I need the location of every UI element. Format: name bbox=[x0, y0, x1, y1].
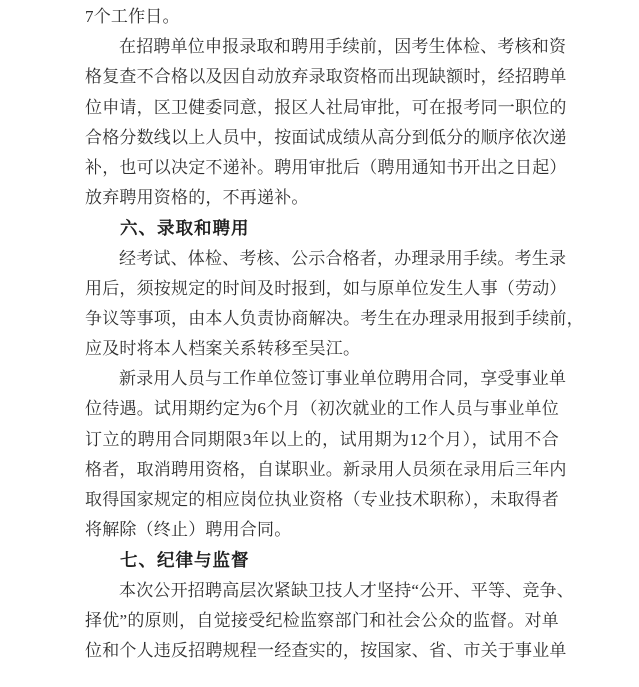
text-line: 本次公开招聘高层次紧缺卫技人才坚持“公开、平等、竞争、 bbox=[85, 576, 559, 606]
text-line: 订立的聘用合同期限3年以上的，试用期为12个月），试用不合 bbox=[85, 425, 559, 455]
text-line: 择优”的原则，自觉接受纪检监察部门和社会公众的监督。对单 bbox=[85, 606, 559, 636]
text-line: 新录用人员与工作单位签订事业单位聘用合同，享受事业单 bbox=[85, 364, 559, 394]
text-line: 位申请，区卫健委同意，报区人社局审批，可在报考同一职位的 bbox=[85, 93, 559, 123]
text-line: 应及时将本人档案关系转移至吴江。 bbox=[85, 334, 559, 364]
text-line: 用后，须按规定的时间及时报到，如与原单位发生人事（劳动） bbox=[85, 274, 559, 304]
text-line: 7个工作日。 bbox=[85, 2, 559, 32]
text-line: 取得国家规定的相应岗位执业资格（专业技术职称），未取得者 bbox=[85, 485, 559, 515]
text-line: 放弃聘用资格的，不再递补。 bbox=[85, 183, 559, 213]
text-line: 将解除（终止）聘用合同。 bbox=[85, 515, 559, 545]
text-line: 补，也可以决定不递补。聘用审批后（聘用通知书开出之日起） bbox=[85, 153, 559, 183]
section-heading-recruitment: 六、录取和聘用 bbox=[85, 213, 559, 243]
text-line: 合格分数线以上人员中，按面试成绩从高分到低分的顺序依次递 bbox=[85, 123, 559, 153]
text-line: 格者，取消聘用资格，自谋职业。新录用人员须在录用后三年内 bbox=[85, 455, 559, 485]
text-line: 争议等事项，由本人负责协商解决。考生在办理录用报到手续前， bbox=[85, 304, 559, 334]
text-column: 7个工作日。 在招聘单位申报录取和聘用手续前，因考生体检、考核和资 格复查不合格… bbox=[85, 2, 559, 666]
section-heading-discipline: 七、纪律与监督 bbox=[85, 545, 559, 575]
text-line: 格复查不合格以及因自动放弃录取资格而出现缺额时，经招聘单 bbox=[85, 62, 559, 92]
text-line: 位待遇。试用期约定为6个月（初次就业的工作人员与事业单位 bbox=[85, 394, 559, 424]
document-page: 7个工作日。 在招聘单位申报录取和聘用手续前，因考生体检、考核和资 格复查不合格… bbox=[0, 0, 639, 687]
text-line: 在招聘单位申报录取和聘用手续前，因考生体检、考核和资 bbox=[85, 32, 559, 62]
text-line: 位和个人违反招聘规程一经查实的，按国家、省、市关于事业单 bbox=[85, 636, 559, 666]
text-line: 经考试、体检、考核、公示合格者，办理录用手续。考生录 bbox=[85, 244, 559, 274]
